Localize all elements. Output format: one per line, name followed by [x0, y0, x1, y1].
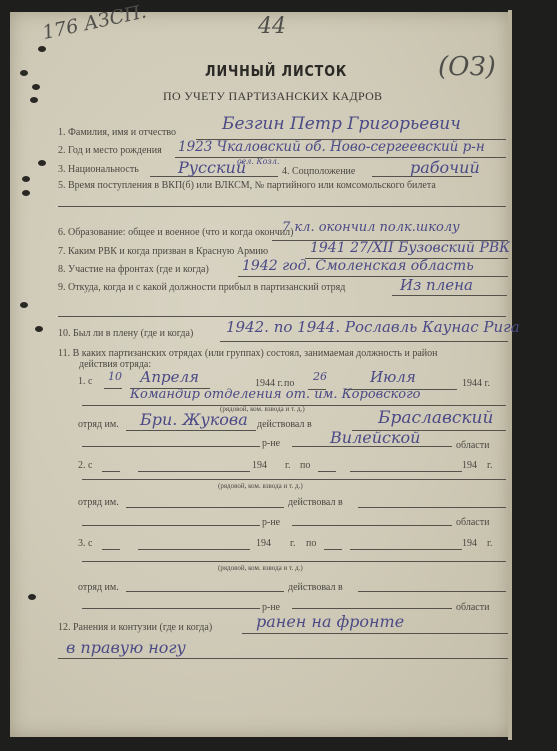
det3-to-word: по [306, 538, 316, 549]
det2-to-word: по [300, 460, 310, 471]
field-11-label: 11. В каких партизанских отрядах (или гр… [58, 348, 437, 359]
punch-hole [22, 176, 30, 182]
det1-acted-value: Браславский [378, 408, 493, 428]
field-7-value: 1941 27/XII Бузовский РВК [310, 240, 510, 256]
field-6-label: 6. Образование: общее и военное (что и к… [58, 227, 293, 238]
det3-g2: г. [487, 538, 492, 549]
field-3-value: Русский [178, 158, 246, 177]
field-3-label: 3. Национальность [58, 164, 139, 175]
paper-edge [508, 10, 512, 740]
field-8-label: 8. Участие на фронтах (где и когда) [58, 264, 209, 275]
det2-position-hint: (рядовой, ком. взвода и т. д.) [218, 482, 303, 490]
punch-hole [38, 46, 46, 52]
punch-hole [20, 70, 28, 76]
punch-hole [22, 190, 30, 196]
det1-named-value: Бри. Жукова [140, 410, 248, 429]
punch-hole [28, 594, 36, 600]
det3-g: г. [290, 538, 295, 549]
det3-year2: 194 [462, 538, 477, 549]
field-12-label: 12. Ранения и контузии (где и когда) [58, 622, 212, 633]
det2-year: 194 [252, 460, 267, 471]
det3-position-hint: (рядовой, ком. взвода и т. д.) [218, 564, 303, 572]
det2-acted-label: действовал в [288, 497, 343, 508]
det2-named-label: отряд им. [78, 497, 119, 508]
det3-region-label: области [456, 602, 489, 613]
det2-district-label: р-не [262, 517, 280, 528]
field-10-value: 1942. по 1944. Рославль Каунас Рига [226, 318, 520, 336]
det3-acted-label: действовал в [288, 582, 343, 593]
punch-hole [30, 97, 38, 103]
det2-region-label: области [456, 517, 489, 528]
field-7-label: 7. Каким РВК и когда призван в Красную А… [58, 246, 268, 257]
field-4-label: 4. Соцположение [282, 166, 355, 177]
punch-hole [35, 326, 43, 332]
det2-g: г. [285, 460, 290, 471]
punch-hole [38, 160, 46, 166]
det1-named-label: отряд им. [78, 419, 119, 430]
field-2-value: 1923 Чкаловский об. Ново-сергеевский р-н [178, 139, 485, 155]
field-4-value: рабочий [410, 158, 480, 177]
field-8-value: 1942 год. Смоленская область [242, 258, 474, 274]
field-2-label: 2. Год и место рождения [58, 145, 162, 156]
field-12-value-line2: в правую ногу [66, 638, 186, 657]
punch-hole [32, 84, 40, 90]
field-6-value: 7 кл. окончил полк.школу [282, 220, 460, 235]
det1-position: Командир отделения от. им. Коровского [130, 387, 420, 402]
field-5-label: 5. Время поступления в ВКП(б) или ВЛКСМ,… [58, 180, 436, 191]
sheet-mark: 44 [258, 14, 286, 39]
punch-hole [20, 302, 28, 308]
det1-to-month: Июля [370, 368, 416, 386]
det3-year: 194 [256, 538, 271, 549]
det2-year2: 194 [462, 460, 477, 471]
det2-prefix: 2. с [78, 460, 92, 471]
det3-prefix: 3. с [78, 538, 92, 549]
det1-prefix: 1. с [78, 376, 92, 387]
det1-acted-label: действовал в [257, 419, 312, 430]
field-9-value: Из плена [400, 276, 473, 294]
field-12-value-line1: ранен на фронте [256, 612, 404, 631]
field-1-value: Безгин Петр Григорьевич [222, 114, 461, 134]
field-1-label: 1. Фамилия, имя и отчество [58, 127, 176, 138]
det1-to-year: 1944 г. [462, 378, 490, 389]
det1-district-label: р-не [262, 438, 280, 449]
document-subtitle: ПО УЧЕТУ ПАРТИЗАНСКИХ КАДРОВ [163, 89, 382, 104]
det1-from-month: Апреля [140, 368, 199, 386]
det3-named-label: отряд им. [78, 582, 119, 593]
document-title: ЛИЧНЫЙ ЛИСТОК [205, 62, 347, 80]
det1-to-day: 26 [313, 370, 327, 383]
det1-from-day: 10 [108, 370, 122, 383]
det2-g2: г. [487, 460, 492, 471]
corner-mark: (ОЗ) [438, 52, 496, 82]
det1-region-label: области [456, 440, 489, 451]
field-10-label: 10. Был ли в плену (где и когда) [58, 328, 193, 339]
det1-region-value: Вилейской [330, 428, 420, 447]
field-9-label: 9. Откуда, когда и с какой должности при… [58, 282, 345, 293]
